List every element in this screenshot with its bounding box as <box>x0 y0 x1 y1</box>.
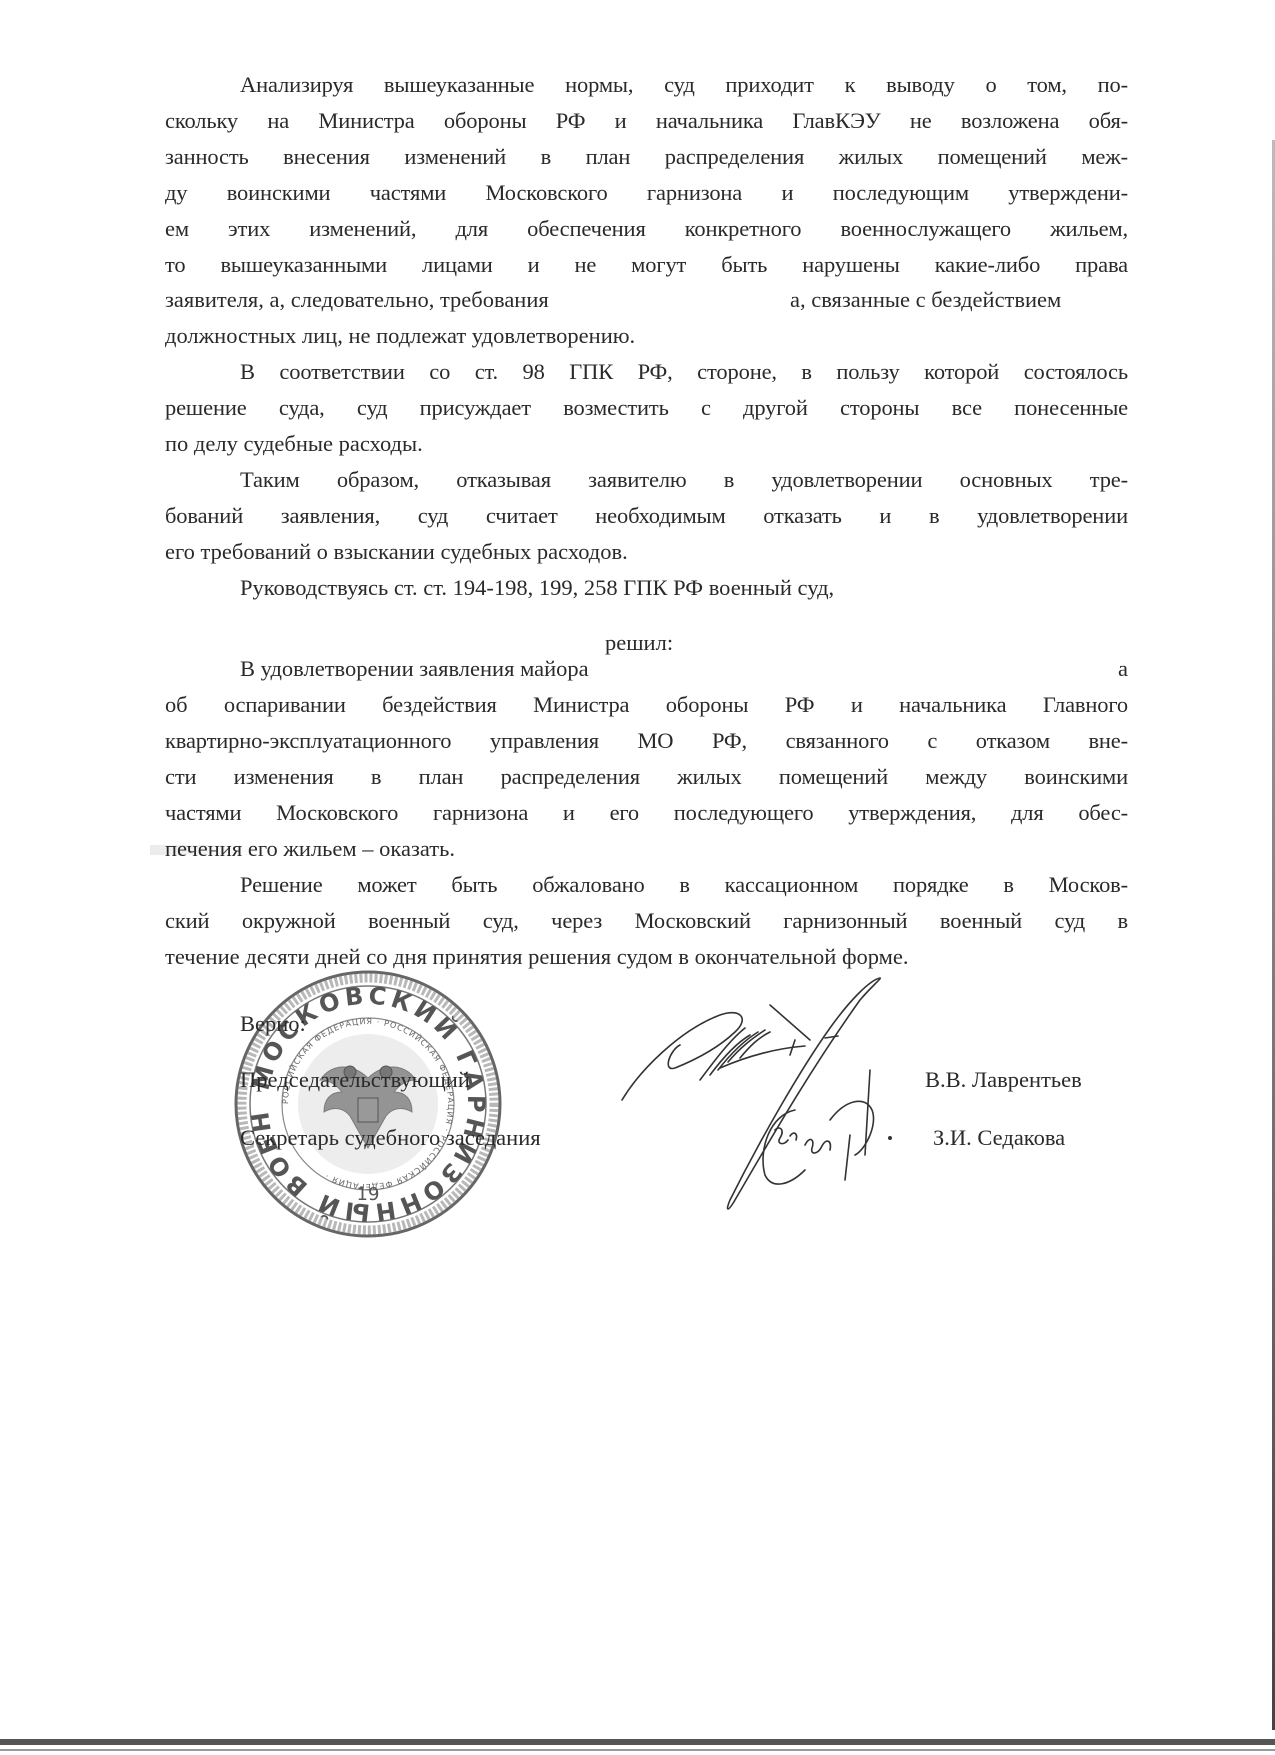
paragraph-1-line-6: то вышеуказанными лицами и не могут быть… <box>165 247 1128 283</box>
handwritten-signatures-icon <box>600 950 930 1240</box>
resolution-line-2: об оспаривании бездействия Министра обор… <box>165 687 1128 723</box>
secretary-name: З.И. Седакова <box>933 1120 1065 1156</box>
paragraph-3-line-3: его требований о взыскании судебных расх… <box>165 534 628 570</box>
paragraph-1-line-7: заявителя, а, следовательно, требования <box>165 282 549 318</box>
paragraph-1-line-4: ду воинскими частями Московского гарнизо… <box>165 175 1128 211</box>
paragraph-3-line-1: Таким образом, отказывая заявителю в удо… <box>240 462 1128 498</box>
presiding-name: В.В. Лаврентьев <box>925 1062 1082 1098</box>
resolution-line-5: частями Московского гарнизона и его посл… <box>165 795 1128 831</box>
certified-label: Верно: <box>240 1006 306 1042</box>
scan-smudge <box>150 845 270 855</box>
svg-text:19: 19 <box>357 1184 380 1205</box>
paragraph-2-line-1: В соответствии со ст. 98 ГПК РФ, стороне… <box>240 354 1128 390</box>
document-page: Анализируя вышеуказанные нормы, суд прих… <box>0 0 1275 1755</box>
paragraph-3-line-2: бований заявления, суд считает необходим… <box>165 498 1128 534</box>
resolution-line-4: сти изменения в план распределения жилых… <box>165 759 1128 795</box>
paragraph-2-line-3: по делу судебные расходы. <box>165 426 423 462</box>
appeal-line-2: ский окружной военный суд, через Московс… <box>165 903 1128 939</box>
paragraph-1-line-2: скольку на Министра обороны РФ и начальн… <box>165 103 1128 139</box>
scan-bottom-edge-line <box>0 1749 1275 1751</box>
resolution-line-1-tail: а <box>1118 651 1128 687</box>
paragraph-1-line-5: ем этих изменений, для обеспечения конкр… <box>165 211 1128 247</box>
resolution-line-3: квартирно-эксплуатационного управления М… <box>165 723 1128 759</box>
decision-heading: решил: <box>605 625 673 661</box>
paragraph-1-line-7-tail: а, связанные с бездействием <box>790 282 1061 318</box>
presiding-label: Председательствующий <box>240 1062 470 1098</box>
scan-bottom-edge <box>0 1739 1275 1745</box>
paragraph-2-line-2: решение суда, суд присуждает возместить … <box>165 390 1128 426</box>
appeal-line-1: Решение может быть обжаловано в кассацио… <box>240 867 1128 903</box>
paragraph-1-line-1: Анализируя вышеуказанные нормы, суд прих… <box>240 67 1128 103</box>
secretary-label: Секретарь судебного заседания <box>240 1120 541 1156</box>
paragraph-4-line-1: Руководствуясь ст. ст. 194-198, 199, 258… <box>240 570 834 606</box>
paragraph-1-line-8: должностных лиц, не подлежат удовлетворе… <box>165 318 635 354</box>
paragraph-1-line-3: занность внесения изменений в план распр… <box>165 139 1128 175</box>
resolution-line-1: В удовлетворении заявления майора <box>240 651 589 687</box>
